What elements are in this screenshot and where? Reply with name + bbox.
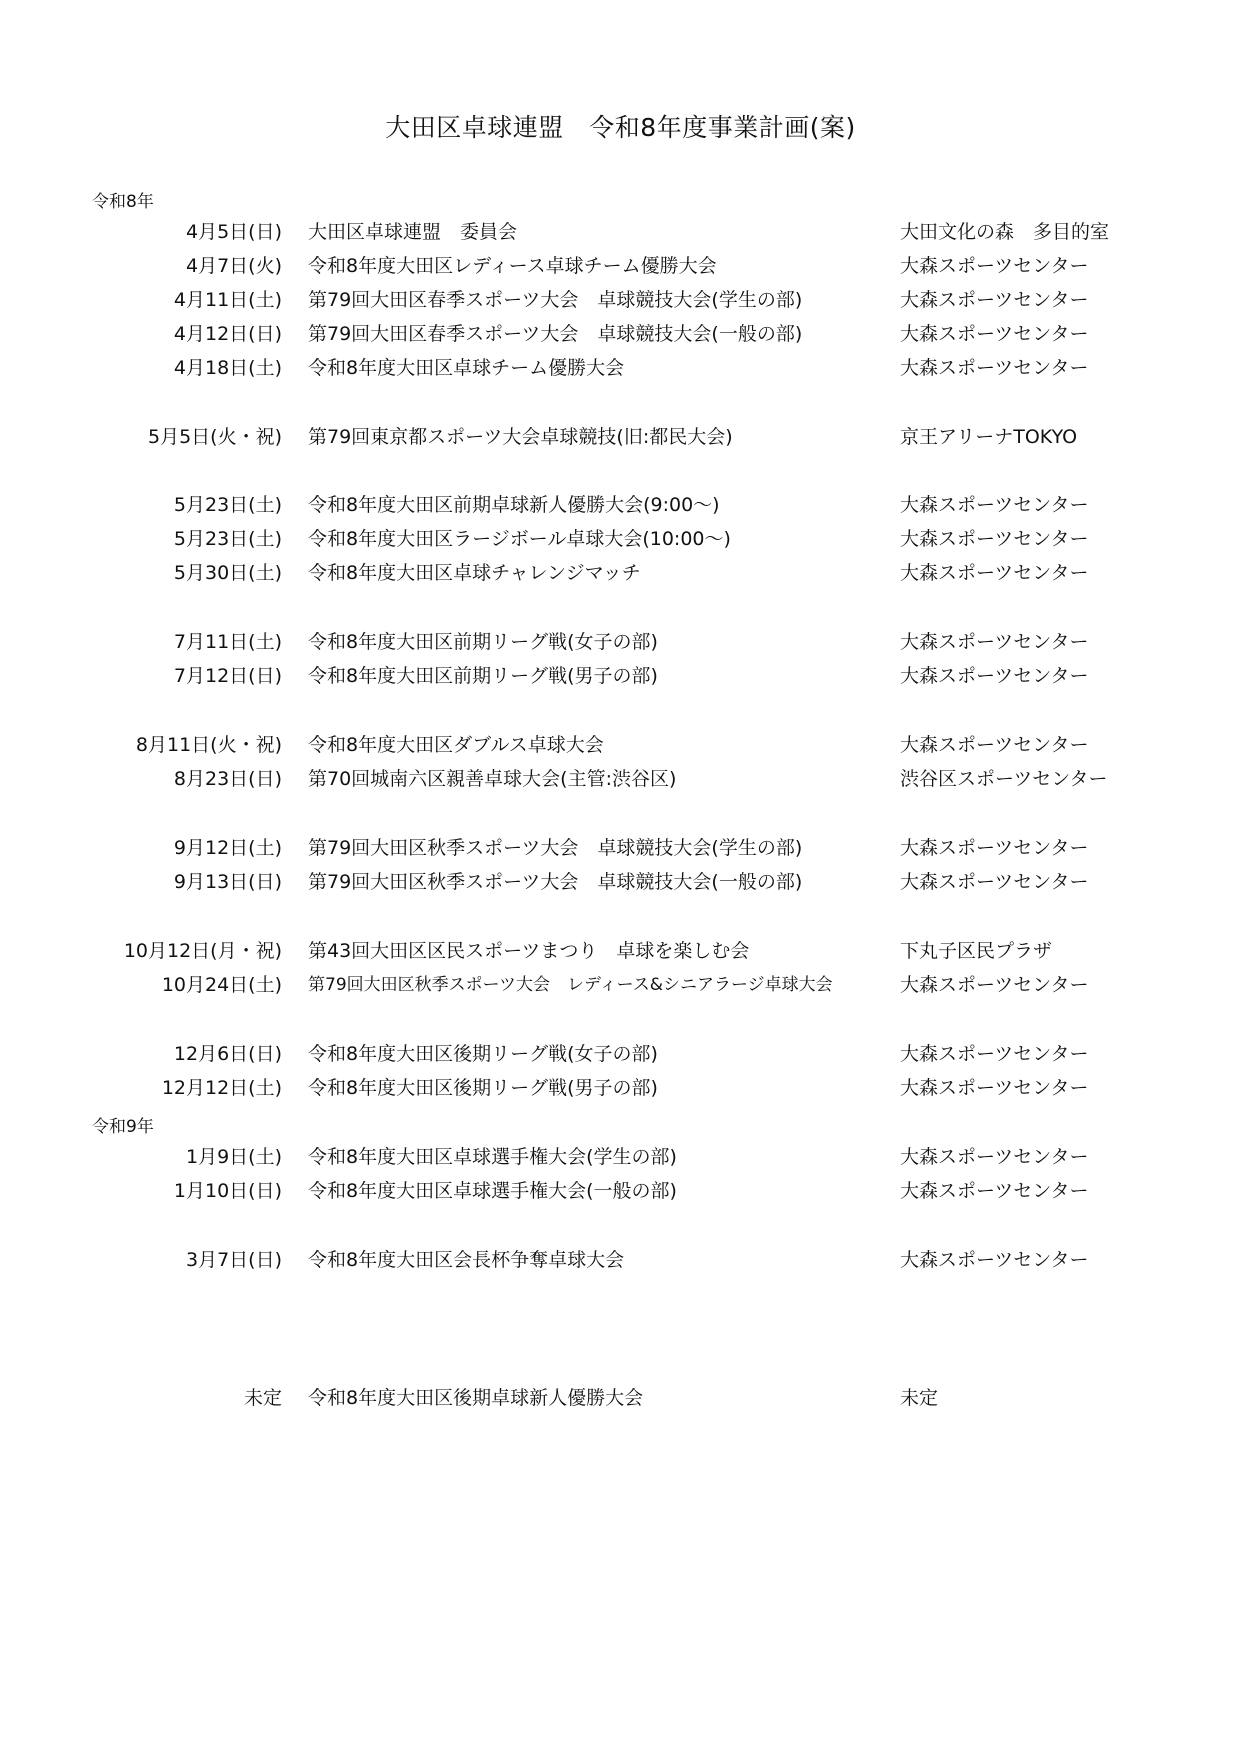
event-date: 8月11日(火・祝) [136,728,282,762]
event-venue: 大森スポーツセンター [900,317,1088,351]
schedule-row: 8月23日(日) 第70回城南六区親善卓球大会(主管:渋谷区) 渋谷区スポーツセ… [0,762,1241,796]
event-venue: 大森スポーツセンター [900,249,1088,283]
event-date: 10月24日(土) [162,968,282,1002]
event-venue: 大森スポーツセンター [900,1037,1088,1071]
event-name: 令和8年度大田区後期卓球新人優勝大会 [308,1381,643,1415]
event-venue: 大森スポーツセンター [900,1071,1088,1105]
event-venue: 大森スポーツセンター [900,556,1088,590]
event-name: 令和8年度大田区卓球選手権大会(一般の部) [308,1174,677,1208]
event-venue: 大森スポーツセンター [900,522,1088,556]
event-name: 令和8年度大田区卓球チーム優勝大会 [308,351,624,385]
schedule-row: 12月12日(土) 令和8年度大田区後期リーグ戦(男子の部) 大森スポーツセンタ… [0,1071,1241,1105]
event-name: 第79回大田区秋季スポーツ大会 卓球競技大会(学生の部) [308,831,802,865]
event-name: 令和8年度大田区前期リーグ戦(男子の部) [308,659,658,693]
event-name: 令和8年度大田区前期卓球新人優勝大会(9:00～) [308,488,720,522]
event-name: 令和8年度大田区卓球選手権大会(学生の部) [308,1140,677,1174]
event-venue: 渋谷区スポーツセンター [900,762,1107,796]
event-venue: 京王アリーナTOKYO [900,420,1077,454]
event-date: 9月13日(日) [174,865,282,899]
event-date: 5月23日(土) [174,522,282,556]
schedule-row: 9月12日(土) 第79回大田区秋季スポーツ大会 卓球競技大会(学生の部) 大森… [0,831,1241,865]
schedule-row: 1月9日(土) 令和8年度大田区卓球選手権大会(学生の部) 大森スポーツセンター [0,1140,1241,1174]
event-name: 令和8年度大田区前期リーグ戦(女子の部) [308,625,658,659]
event-date: 7月12日(日) [174,659,282,693]
schedule-row: 1月10日(日) 令和8年度大田区卓球選手権大会(一般の部) 大森スポーツセンタ… [0,1174,1241,1208]
era-label-reiwa9: 令和9年 [92,1112,154,1137]
event-venue: 大森スポーツセンター [900,659,1088,693]
schedule-row: 9月13日(日) 第79回大田区秋季スポーツ大会 卓球競技大会(一般の部) 大森… [0,865,1241,899]
event-date: 未定 [244,1381,282,1415]
schedule-row: 4月12日(日) 第79回大田区春季スポーツ大会 卓球競技大会(一般の部) 大森… [0,317,1241,351]
event-date: 5月5日(火・祝) [148,420,282,454]
schedule-row: 4月11日(土) 第79回大田区春季スポーツ大会 卓球競技大会(学生の部) 大森… [0,283,1241,317]
event-date: 5月30日(土) [174,556,282,590]
schedule-row: 3月7日(日) 令和8年度大田区会長杯争奪卓球大会 大森スポーツセンター [0,1243,1241,1277]
event-venue: 大森スポーツセンター [900,283,1088,317]
schedule-row: 5月5日(火・祝) 第79回東京都スポーツ大会卓球競技(旧:都民大会) 京王アリ… [0,420,1241,454]
event-date: 4月18日(土) [174,351,282,385]
event-venue: 大森スポーツセンター [900,728,1088,762]
schedule-row: 5月30日(土) 令和8年度大田区卓球チャレンジマッチ 大森スポーツセンター [0,556,1241,590]
event-venue: 大森スポーツセンター [900,351,1088,385]
event-date: 1月9日(土) [186,1140,282,1174]
schedule-row: 8月11日(火・祝) 令和8年度大田区ダブルス卓球大会 大森スポーツセンター [0,728,1241,762]
schedule-row: 10月12日(月・祝) 第43回大田区区民スポーツまつり 卓球を楽しむ会 下丸子… [0,934,1241,968]
event-date: 1月10日(日) [174,1174,282,1208]
schedule-row: 7月12日(日) 令和8年度大田区前期リーグ戦(男子の部) 大森スポーツセンター [0,659,1241,693]
event-date: 5月23日(土) [174,488,282,522]
schedule-row: 4月18日(土) 令和8年度大田区卓球チーム優勝大会 大森スポーツセンター [0,351,1241,385]
event-name: 大田区卓球連盟 委員会 [308,215,517,249]
event-name: 令和8年度大田区レディース卓球チーム優勝大会 [308,249,717,283]
event-name: 令和8年度大田区後期リーグ戦(男子の部) [308,1071,658,1105]
event-date: 7月11日(土) [174,625,282,659]
event-date: 4月11日(土) [174,283,282,317]
event-name: 令和8年度大田区後期リーグ戦(女子の部) [308,1037,658,1071]
schedule-row: 5月23日(土) 令和8年度大田区ラージボール卓球大会(10:00～) 大森スポ… [0,522,1241,556]
event-date: 9月12日(土) [174,831,282,865]
schedule-row: 5月23日(土) 令和8年度大田区前期卓球新人優勝大会(9:00～) 大森スポー… [0,488,1241,522]
schedule-row: 4月5日(日) 大田区卓球連盟 委員会 大田文化の森 多目的室 [0,215,1241,249]
event-venue: 大森スポーツセンター [900,831,1088,865]
schedule-row-undecided: 未定 令和8年度大田区後期卓球新人優勝大会 未定 [0,1381,1241,1415]
event-venue: 大森スポーツセンター [900,968,1088,1002]
event-date: 3月7日(日) [186,1243,282,1277]
event-venue: 大森スポーツセンター [900,625,1088,659]
event-date: 12月12日(土) [162,1071,282,1105]
event-venue: 大田文化の森 多目的室 [900,215,1109,249]
event-name: 第79回東京都スポーツ大会卓球競技(旧:都民大会) [308,420,733,454]
event-name: 令和8年度大田区会長杯争奪卓球大会 [308,1243,624,1277]
event-date: 10月12日(月・祝) [124,934,282,968]
event-date: 12月6日(日) [174,1037,282,1071]
event-name: 第79回大田区秋季スポーツ大会 レディース&シニアラージ卓球大会 [308,968,833,1002]
event-name: 令和8年度大田区卓球チャレンジマッチ [308,556,641,590]
document-title: 大田区卓球連盟 令和8年度事業計画(案) [0,108,1241,144]
event-venue: 大森スポーツセンター [900,488,1088,522]
event-name: 第79回大田区春季スポーツ大会 卓球競技大会(学生の部) [308,283,802,317]
event-venue: 未定 [900,1381,938,1415]
event-venue: 大森スポーツセンター [900,865,1088,899]
event-name: 第79回大田区春季スポーツ大会 卓球競技大会(一般の部) [308,317,802,351]
schedule-row: 7月11日(土) 令和8年度大田区前期リーグ戦(女子の部) 大森スポーツセンター [0,625,1241,659]
event-name: 第79回大田区秋季スポーツ大会 卓球競技大会(一般の部) [308,865,802,899]
schedule-row: 4月7日(火) 令和8年度大田区レディース卓球チーム優勝大会 大森スポーツセンタ… [0,249,1241,283]
event-date: 4月7日(火) [186,249,282,283]
event-venue: 下丸子区民プラザ [900,934,1052,968]
event-name: 第70回城南六区親善卓球大会(主管:渋谷区) [308,762,676,796]
era-label-reiwa8: 令和8年 [92,187,154,212]
event-venue: 大森スポーツセンター [900,1140,1088,1174]
event-name: 令和8年度大田区ラージボール卓球大会(10:00～) [308,522,731,556]
event-date: 8月23日(日) [174,762,282,796]
event-venue: 大森スポーツセンター [900,1174,1088,1208]
event-date: 4月5日(日) [186,215,282,249]
schedule-row: 12月6日(日) 令和8年度大田区後期リーグ戦(女子の部) 大森スポーツセンター [0,1037,1241,1071]
schedule-row: 10月24日(土) 第79回大田区秋季スポーツ大会 レディース&シニアラージ卓球… [0,968,1241,1002]
event-name: 第43回大田区区民スポーツまつり 卓球を楽しむ会 [308,934,749,968]
event-date: 4月12日(日) [174,317,282,351]
event-name: 令和8年度大田区ダブルス卓球大会 [308,728,604,762]
event-venue: 大森スポーツセンター [900,1243,1088,1277]
